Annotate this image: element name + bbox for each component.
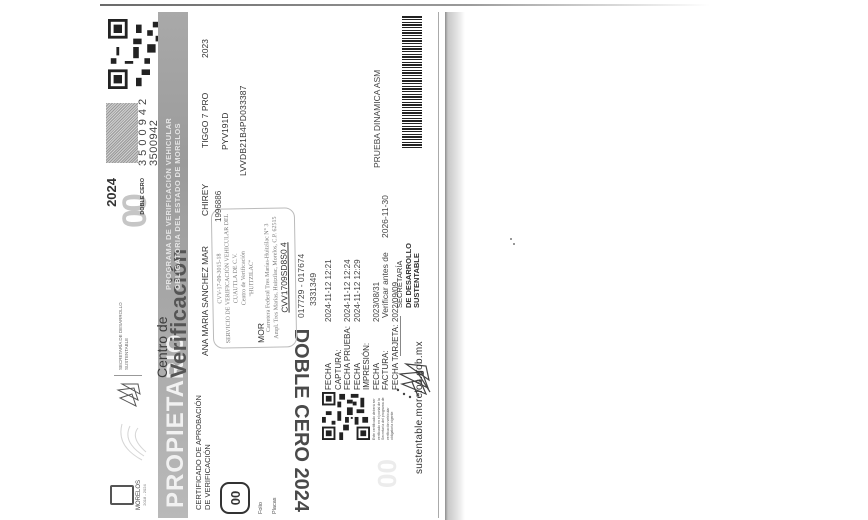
- placas-label: Placas: [272, 497, 278, 514]
- date-row: FECHA IMPRESIÓN:2024-11-12 12:29: [353, 259, 372, 390]
- morelos-shield-icon: [110, 485, 134, 505]
- date-row: FECHA PRUEBA:2024-11-12 12:24: [343, 259, 353, 390]
- qr-code-bottom: [322, 392, 370, 440]
- verify-before-label: Verificar antes de: [380, 252, 390, 318]
- test-type: PRUEBA DINAMICA ASM: [372, 70, 382, 168]
- rfc-fragment: 1996886: [214, 191, 223, 222]
- hologram-label: DOBLE CERO: [140, 178, 146, 215]
- date-value: 2024-11-12 12:21: [324, 259, 343, 322]
- certificate-title: CERTIFICADO DE APROBACIÓN DE VERIFICACIÓ…: [194, 390, 212, 510]
- hologram-security-pattern: [106, 103, 138, 163]
- agency-name: SECRETARÍA DE DESARROLLO SUSTENTABLE: [396, 243, 422, 308]
- state-logo-subtext: 2018 - 2024: [142, 478, 147, 512]
- date-value: 2024-11-12 12:24: [343, 259, 353, 322]
- date-label: FECHA CAPTURA:: [324, 322, 343, 390]
- date-label: FECHA IMPRESIÓN:: [353, 322, 372, 390]
- date-value: 2024-11-12 12:29: [353, 259, 372, 322]
- date-row: FECHA CAPTURA:2024-11-12 12:21: [324, 259, 343, 390]
- bottom-border: [438, 12, 439, 518]
- agency-divider: [400, 316, 401, 356]
- agency-small-text: SECRETARÍA DE DESARROLLO SUSTENTABLE: [118, 300, 130, 370]
- owner-name: ANA MARIA SANCHEZ MAR: [200, 246, 210, 356]
- program-title: PROGRAMA DE VERIFICACIÓN VEHICULAR OBLIG…: [164, 118, 182, 290]
- vehicle-year: 2023: [200, 39, 210, 58]
- agency-line3: SUSTENTABLE: [412, 253, 421, 308]
- svg-text:00: 00: [228, 491, 243, 505]
- folio-label: Folio: [258, 502, 264, 514]
- barcode: [402, 16, 422, 148]
- ghost-watermark: 00: [372, 459, 403, 488]
- doble-cero-badge-icon: 00: [220, 482, 250, 514]
- verify-before-date: 2026-11-30: [380, 195, 390, 238]
- scan-speck: [513, 243, 515, 245]
- hologram-zeros: 00: [116, 196, 155, 228]
- program-title-line1: PROGRAMA DE VERIFICACIÓN VEHICULAR: [164, 118, 173, 290]
- scan-page-edge-shadow: [445, 12, 465, 520]
- folio-number: 3331349: [308, 273, 318, 306]
- header-divider: [114, 375, 142, 376]
- program-title-line2: OBLIGATORIA DEL ESTADO DE MORELOS: [173, 118, 182, 290]
- morelos-state-logo: MORELOS 2018 - 2024: [110, 478, 150, 512]
- faded-emblem-icon: [112, 418, 150, 466]
- vehicle-model: TIGGO 7 PRO: [200, 93, 210, 148]
- folio-range: 017729 - 017674: [296, 254, 306, 318]
- doble-cero-logo: 2024 00 DOBLE CERO: [104, 176, 154, 228]
- header-logos: MORELOS 2018 - 2024 SECRETARÍA DE DESARR…: [100, 12, 158, 518]
- scan-top-edge: [100, 4, 710, 6]
- verification-certificate: MORELOS 2018 - 2024 SECRETARÍA DE DESARR…: [100, 12, 445, 518]
- date-label: FECHA PRUEBA:: [343, 322, 353, 390]
- website-url: sustentable.morelos.gob.mx: [414, 341, 425, 474]
- vehicle-vin: LVVDB21B4PD033387: [238, 85, 248, 176]
- hologram-serial: 3 5 0 0 9 4 2 3500942: [138, 98, 160, 166]
- scan-speck: [510, 238, 512, 240]
- verification-center-stamp: CVV-17-09-3015-18 SERVICIO DE VERIFICACI…: [211, 207, 297, 348]
- sds-emblem-icon: [392, 360, 432, 400]
- sds-emblem-small-icon: [112, 380, 142, 410]
- vehicle-plate: PYV191D: [220, 113, 230, 150]
- doble-cero-mirrored-text: DOBLE CERO 2024: [292, 329, 310, 512]
- vehicle-make: CHIREY: [200, 184, 210, 216]
- date-label: FECHA FACTURA:: [372, 322, 391, 390]
